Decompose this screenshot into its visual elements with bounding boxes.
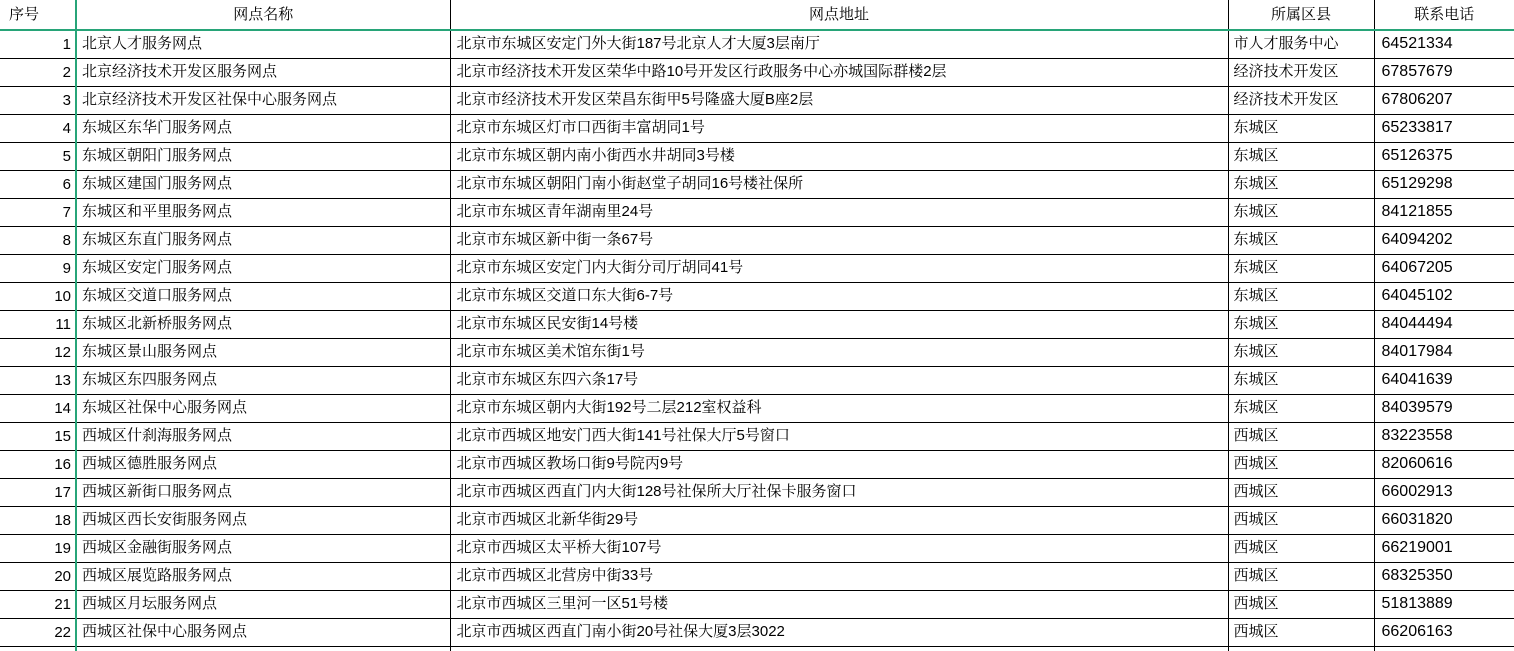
cell-phone[interactable]: 82060616 bbox=[1374, 450, 1514, 478]
cell-address[interactable]: 北京市西城区北营房中街33号 bbox=[450, 562, 1228, 590]
cell-address[interactable]: 北京市东城区青年湖南里24号 bbox=[450, 198, 1228, 226]
table-row: 13 东城区东四服务网点 北京市东城区东四六条17号 东城区 64041639 bbox=[0, 366, 1514, 394]
cell-index[interactable]: 22 bbox=[0, 618, 76, 646]
cell-phone[interactable]: 84039579 bbox=[1374, 394, 1514, 422]
cell-address[interactable]: 北京市东城区朝内大街192号二层212室权益科 bbox=[450, 394, 1228, 422]
cell-district[interactable]: 东城区 bbox=[1228, 226, 1374, 254]
cell-name[interactable]: 西城区德胜服务网点 bbox=[76, 450, 450, 478]
cell-phone[interactable]: 65233817 bbox=[1374, 114, 1514, 142]
cell-phone[interactable]: 64094202 bbox=[1374, 226, 1514, 254]
cell-address[interactable]: 北京市西城区北新华街29号 bbox=[450, 506, 1228, 534]
table-row: 18 西城区西长安街服务网点 北京市西城区北新华街29号 西城区 6603182… bbox=[0, 506, 1514, 534]
cell-district[interactable]: 东城区 bbox=[1228, 366, 1374, 394]
cell-name[interactable]: 东城区东直门服务网点 bbox=[76, 226, 450, 254]
table-row: 1 北京人才服务网点 北京市东城区安定门外大街187号北京人才大厦3层南厅 市人… bbox=[0, 30, 1514, 58]
cell-name[interactable]: 西城区展览路服务网点 bbox=[76, 562, 450, 590]
cell-district[interactable]: 西城区 bbox=[1228, 478, 1374, 506]
cell-index[interactable]: 17 bbox=[0, 478, 76, 506]
table-row: 8 东城区东直门服务网点 北京市东城区新中街一条67号 东城区 64094202 bbox=[0, 226, 1514, 254]
cell-name[interactable]: 西城区新街口服务网点 bbox=[76, 478, 450, 506]
cell-address[interactable]: 北京市西城区教场口街9号院丙9号 bbox=[450, 450, 1228, 478]
cell-district[interactable]: 东城区 bbox=[1228, 170, 1374, 198]
cell-phone[interactable]: 66031820 bbox=[1374, 506, 1514, 534]
cell-index[interactable]: 18 bbox=[0, 506, 76, 534]
table-row: 19 西城区金融街服务网点 北京市西城区太平桥大街107号 西城区 662190… bbox=[0, 534, 1514, 562]
cell-address[interactable] bbox=[450, 646, 1228, 651]
cell-phone[interactable]: 67806207 bbox=[1374, 86, 1514, 114]
cell-name[interactable]: 西城区社保中心服务网点 bbox=[76, 618, 450, 646]
cell-phone[interactable]: 64067205 bbox=[1374, 254, 1514, 282]
cell-address[interactable]: 北京市东城区美术馆东街1号 bbox=[450, 338, 1228, 366]
cell-phone[interactable] bbox=[1374, 646, 1514, 651]
cell-index[interactable]: 7 bbox=[0, 198, 76, 226]
column-header-index[interactable]: 序号 bbox=[0, 0, 76, 30]
cell-name[interactable]: 东城区景山服务网点 bbox=[76, 338, 450, 366]
cell-district[interactable] bbox=[1228, 646, 1374, 651]
cell-district[interactable]: 西城区 bbox=[1228, 590, 1374, 618]
cell-index[interactable]: 8 bbox=[0, 226, 76, 254]
cell-address[interactable]: 北京市东城区东四六条17号 bbox=[450, 366, 1228, 394]
cell-index[interactable]: 15 bbox=[0, 422, 76, 450]
cell-district[interactable]: 西城区 bbox=[1228, 534, 1374, 562]
table-row: 5 东城区朝阳门服务网点 北京市东城区朝内南小街西水井胡同3号楼 东城区 651… bbox=[0, 142, 1514, 170]
cell-address[interactable]: 北京市经济技术开发区荣华中路10号开发区行政服务中心亦城国际群楼2层 bbox=[450, 58, 1228, 86]
table-row: 3 北京经济技术开发区社保中心服务网点 北京市经济技术开发区荣昌东街甲5号隆盛大… bbox=[0, 86, 1514, 114]
cell-index[interactable]: 5 bbox=[0, 142, 76, 170]
cell-address[interactable]: 北京市西城区西直门内大街128号社保所大厅社保卡服务窗口 bbox=[450, 478, 1228, 506]
cell-phone[interactable]: 65129298 bbox=[1374, 170, 1514, 198]
cell-district[interactable]: 东城区 bbox=[1228, 114, 1374, 142]
cell-address[interactable]: 北京市西城区太平桥大街107号 bbox=[450, 534, 1228, 562]
cell-district[interactable]: 东城区 bbox=[1228, 142, 1374, 170]
cell-index[interactable]: 11 bbox=[0, 310, 76, 338]
cell-index[interactable]: 4 bbox=[0, 114, 76, 142]
table-row: 11 东城区北新桥服务网点 北京市东城区民安街14号楼 东城区 84044494 bbox=[0, 310, 1514, 338]
cell-address[interactable]: 北京市东城区交道口东大街6-7号 bbox=[450, 282, 1228, 310]
cell-name[interactable] bbox=[76, 646, 450, 651]
cell-index[interactable]: 1 bbox=[0, 30, 76, 58]
cell-index[interactable]: 21 bbox=[0, 590, 76, 618]
cell-district[interactable]: 东城区 bbox=[1228, 254, 1374, 282]
column-header-name[interactable]: 网点名称 bbox=[76, 0, 450, 30]
cell-district[interactable]: 西城区 bbox=[1228, 562, 1374, 590]
cell-district[interactable]: 东城区 bbox=[1228, 338, 1374, 366]
cell-name[interactable]: 西城区月坛服务网点 bbox=[76, 590, 450, 618]
cell-address[interactable]: 北京市经济技术开发区荣昌东街甲5号隆盛大厦B座2层 bbox=[450, 86, 1228, 114]
table-row: 17 西城区新街口服务网点 北京市西城区西直门内大街128号社保所大厅社保卡服务… bbox=[0, 478, 1514, 506]
cell-phone[interactable]: 83223558 bbox=[1374, 422, 1514, 450]
cell-address[interactable]: 北京市东城区安定门内大街分司厅胡同41号 bbox=[450, 254, 1228, 282]
cell-phone[interactable]: 68325350 bbox=[1374, 562, 1514, 590]
header-row: 序号 网点名称 网点地址 所属区县 联系电话 bbox=[0, 0, 1514, 30]
service-locations-table: 序号 网点名称 网点地址 所属区县 联系电话 1 北京人才服务网点 北京市东城区… bbox=[0, 0, 1514, 651]
cell-district[interactable]: 东城区 bbox=[1228, 282, 1374, 310]
cell-phone[interactable]: 66219001 bbox=[1374, 534, 1514, 562]
cell-name[interactable]: 西城区什刹海服务网点 bbox=[76, 422, 450, 450]
cell-address[interactable]: 北京市西城区地安门西大街141号社保大厅5号窗口 bbox=[450, 422, 1228, 450]
cell-address[interactable]: 北京市东城区朝内南小街西水井胡同3号楼 bbox=[450, 142, 1228, 170]
cell-phone[interactable]: 64521334 bbox=[1374, 30, 1514, 58]
cell-name[interactable]: 东城区和平里服务网点 bbox=[76, 198, 450, 226]
cell-district[interactable]: 西城区 bbox=[1228, 506, 1374, 534]
partial-row bbox=[0, 646, 1514, 651]
table-row: 16 西城区德胜服务网点 北京市西城区教场口街9号院丙9号 西城区 820606… bbox=[0, 450, 1514, 478]
table-row: 21 西城区月坛服务网点 北京市西城区三里河一区51号楼 西城区 5181388… bbox=[0, 590, 1514, 618]
spreadsheet-view: 序号 网点名称 网点地址 所属区县 联系电话 1 北京人才服务网点 北京市东城区… bbox=[0, 0, 1514, 651]
cell-district[interactable]: 市人才服务中心 bbox=[1228, 30, 1374, 58]
cell-address[interactable]: 北京市东城区民安街14号楼 bbox=[450, 310, 1228, 338]
cell-address[interactable]: 北京市东城区灯市口西街丰富胡同1号 bbox=[450, 114, 1228, 142]
cell-name[interactable]: 东城区交道口服务网点 bbox=[76, 282, 450, 310]
cell-name[interactable]: 东城区建国门服务网点 bbox=[76, 170, 450, 198]
cell-index[interactable]: 2 bbox=[0, 58, 76, 86]
cell-district[interactable]: 西城区 bbox=[1228, 422, 1374, 450]
cell-index[interactable]: 20 bbox=[0, 562, 76, 590]
cell-district[interactable]: 西城区 bbox=[1228, 450, 1374, 478]
cell-phone[interactable]: 66206163 bbox=[1374, 618, 1514, 646]
column-header-phone[interactable]: 联系电话 bbox=[1374, 0, 1514, 30]
cell-index[interactable]: 16 bbox=[0, 450, 76, 478]
cell-name[interactable]: 北京经济技术开发区服务网点 bbox=[76, 58, 450, 86]
cell-district[interactable]: 经济技术开发区 bbox=[1228, 58, 1374, 86]
cell-address[interactable]: 北京市东城区新中街一条67号 bbox=[450, 226, 1228, 254]
cell-name[interactable]: 东城区东四服务网点 bbox=[76, 366, 450, 394]
cell-address[interactable]: 北京市东城区朝阳门南小街赵堂子胡同16号楼社保所 bbox=[450, 170, 1228, 198]
table-row: 2 北京经济技术开发区服务网点 北京市经济技术开发区荣华中路10号开发区行政服务… bbox=[0, 58, 1514, 86]
cell-name[interactable]: 西城区西长安街服务网点 bbox=[76, 506, 450, 534]
cell-index[interactable]: 6 bbox=[0, 170, 76, 198]
table-row: 7 东城区和平里服务网点 北京市东城区青年湖南里24号 东城区 84121855 bbox=[0, 198, 1514, 226]
cell-index[interactable]: 9 bbox=[0, 254, 76, 282]
cell-index[interactable]: 10 bbox=[0, 282, 76, 310]
cell-name[interactable]: 东城区朝阳门服务网点 bbox=[76, 142, 450, 170]
cell-index[interactable]: 14 bbox=[0, 394, 76, 422]
cell-name[interactable]: 东城区安定门服务网点 bbox=[76, 254, 450, 282]
cell-phone[interactable]: 84121855 bbox=[1374, 198, 1514, 226]
table-row: 22 西城区社保中心服务网点 北京市西城区西直门南小街20号社保大厦3层3022… bbox=[0, 618, 1514, 646]
cell-index[interactable] bbox=[0, 646, 76, 651]
cell-address[interactable]: 北京市西城区三里河一区51号楼 bbox=[450, 590, 1228, 618]
cell-name[interactable]: 东城区社保中心服务网点 bbox=[76, 394, 450, 422]
cell-phone[interactable]: 84044494 bbox=[1374, 310, 1514, 338]
cell-index[interactable]: 13 bbox=[0, 366, 76, 394]
cell-name[interactable]: 北京人才服务网点 bbox=[76, 30, 450, 58]
cell-index[interactable]: 19 bbox=[0, 534, 76, 562]
cell-district[interactable]: 经济技术开发区 bbox=[1228, 86, 1374, 114]
table-row: 14 东城区社保中心服务网点 北京市东城区朝内大街192号二层212室权益科 东… bbox=[0, 394, 1514, 422]
cell-name[interactable]: 西城区金融街服务网点 bbox=[76, 534, 450, 562]
cell-phone[interactable]: 84017984 bbox=[1374, 338, 1514, 366]
table-row: 9 东城区安定门服务网点 北京市东城区安定门内大街分司厅胡同41号 东城区 64… bbox=[0, 254, 1514, 282]
table-row: 10 东城区交道口服务网点 北京市东城区交道口东大街6-7号 东城区 64045… bbox=[0, 282, 1514, 310]
cell-address[interactable]: 北京市西城区西直门南小街20号社保大厦3层3022 bbox=[450, 618, 1228, 646]
cell-phone[interactable]: 64041639 bbox=[1374, 366, 1514, 394]
cell-phone[interactable]: 64045102 bbox=[1374, 282, 1514, 310]
table-row: 15 西城区什刹海服务网点 北京市西城区地安门西大街141号社保大厅5号窗口 西… bbox=[0, 422, 1514, 450]
cell-name[interactable]: 北京经济技术开发区社保中心服务网点 bbox=[76, 86, 450, 114]
cell-district[interactable]: 东城区 bbox=[1228, 310, 1374, 338]
cell-district[interactable]: 西城区 bbox=[1228, 618, 1374, 646]
table-row: 12 东城区景山服务网点 北京市东城区美术馆东街1号 东城区 84017984 bbox=[0, 338, 1514, 366]
cell-phone[interactable]: 67857679 bbox=[1374, 58, 1514, 86]
cell-phone[interactable]: 51813889 bbox=[1374, 590, 1514, 618]
table-row: 6 东城区建国门服务网点 北京市东城区朝阳门南小街赵堂子胡同16号楼社保所 东城… bbox=[0, 170, 1514, 198]
cell-address[interactable]: 北京市东城区安定门外大街187号北京人才大厦3层南厅 bbox=[450, 30, 1228, 58]
cell-district[interactable]: 东城区 bbox=[1228, 198, 1374, 226]
cell-index[interactable]: 12 bbox=[0, 338, 76, 366]
cell-district[interactable]: 东城区 bbox=[1228, 394, 1374, 422]
column-header-address[interactable]: 网点地址 bbox=[450, 0, 1228, 30]
table-row: 4 东城区东华门服务网点 北京市东城区灯市口西街丰富胡同1号 东城区 65233… bbox=[0, 114, 1514, 142]
table-body: 1 北京人才服务网点 北京市东城区安定门外大街187号北京人才大厦3层南厅 市人… bbox=[0, 30, 1514, 651]
cell-name[interactable]: 东城区东华门服务网点 bbox=[76, 114, 450, 142]
table-row: 20 西城区展览路服务网点 北京市西城区北营房中街33号 西城区 6832535… bbox=[0, 562, 1514, 590]
column-header-district[interactable]: 所属区县 bbox=[1228, 0, 1374, 30]
cell-phone[interactable]: 66002913 bbox=[1374, 478, 1514, 506]
cell-phone[interactable]: 65126375 bbox=[1374, 142, 1514, 170]
cell-name[interactable]: 东城区北新桥服务网点 bbox=[76, 310, 450, 338]
cell-index[interactable]: 3 bbox=[0, 86, 76, 114]
